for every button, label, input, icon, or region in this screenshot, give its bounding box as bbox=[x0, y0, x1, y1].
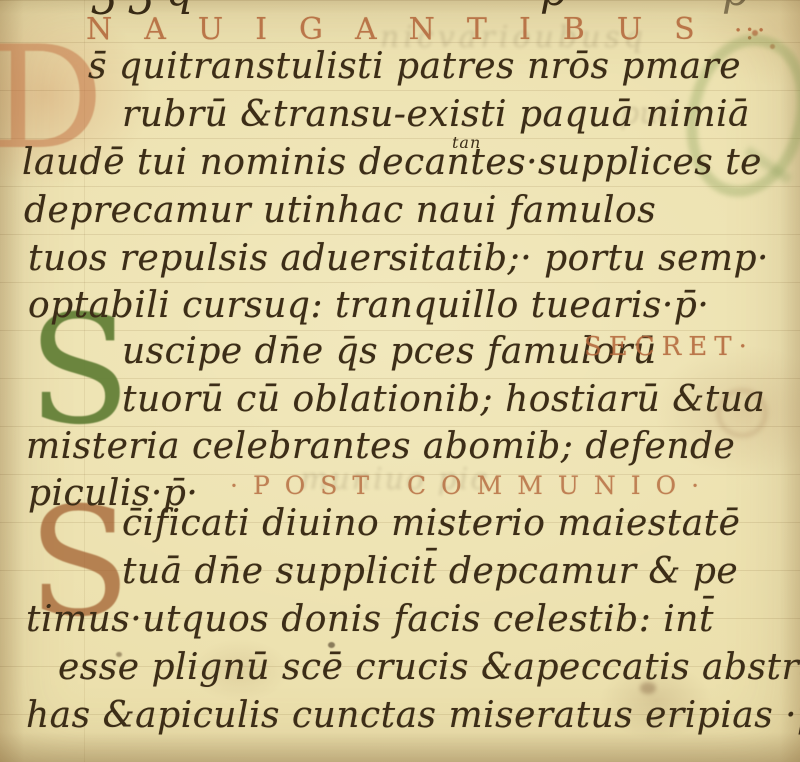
text-line: tuā dn̄e supplicit̄ depcamur & pe bbox=[122, 551, 738, 592]
text-line: has &apiculis cunctas miseratus eripias … bbox=[26, 695, 800, 736]
text-line: s̄ quitranstulisti patres nrōs pmare bbox=[88, 46, 741, 87]
text-line: uscipe dn̄e q̄s pces famulorū bbox=[122, 331, 657, 372]
interlinear-correction: tan bbox=[452, 133, 481, 152]
text-line: tuorū cū oblationib; hostiarū &tua bbox=[122, 379, 765, 420]
rubric-heading: NAUIGANTIBUS bbox=[86, 12, 727, 47]
manuscript-page: nicvarioubusq muniuo pic pud ʒ ʒ q p p N… bbox=[0, 0, 800, 762]
rubric-post-communio: ·POST COMMUNIO· bbox=[230, 471, 714, 500]
text-line: misteria celebrantes abomib; defende bbox=[26, 426, 735, 467]
text-line: timus·utquos donis facis celestib: int̄ bbox=[26, 599, 714, 640]
text-line: rubrū &transu-existi paquā nimiā bbox=[122, 94, 750, 135]
text-line: esse plignū scē crucis &apeccatis abstra bbox=[58, 647, 800, 688]
text-line: deprecamur utinhac naui famulos bbox=[24, 190, 656, 231]
text-line: laudē tui nominis decantes·supplices te bbox=[22, 142, 762, 183]
text-line: c̄ificati diuino misterio maiestatē bbox=[122, 503, 740, 544]
text-line: tuos repulsis aduersitatib;· portu semp· bbox=[28, 238, 769, 279]
rubric-heading-flourish: ·:· bbox=[734, 16, 768, 46]
text-line: optabili cursuq: tranquillo tuearis·p̄· bbox=[28, 285, 709, 326]
red-dot bbox=[770, 44, 775, 49]
rubric-secreta: SECRET· bbox=[584, 332, 754, 362]
